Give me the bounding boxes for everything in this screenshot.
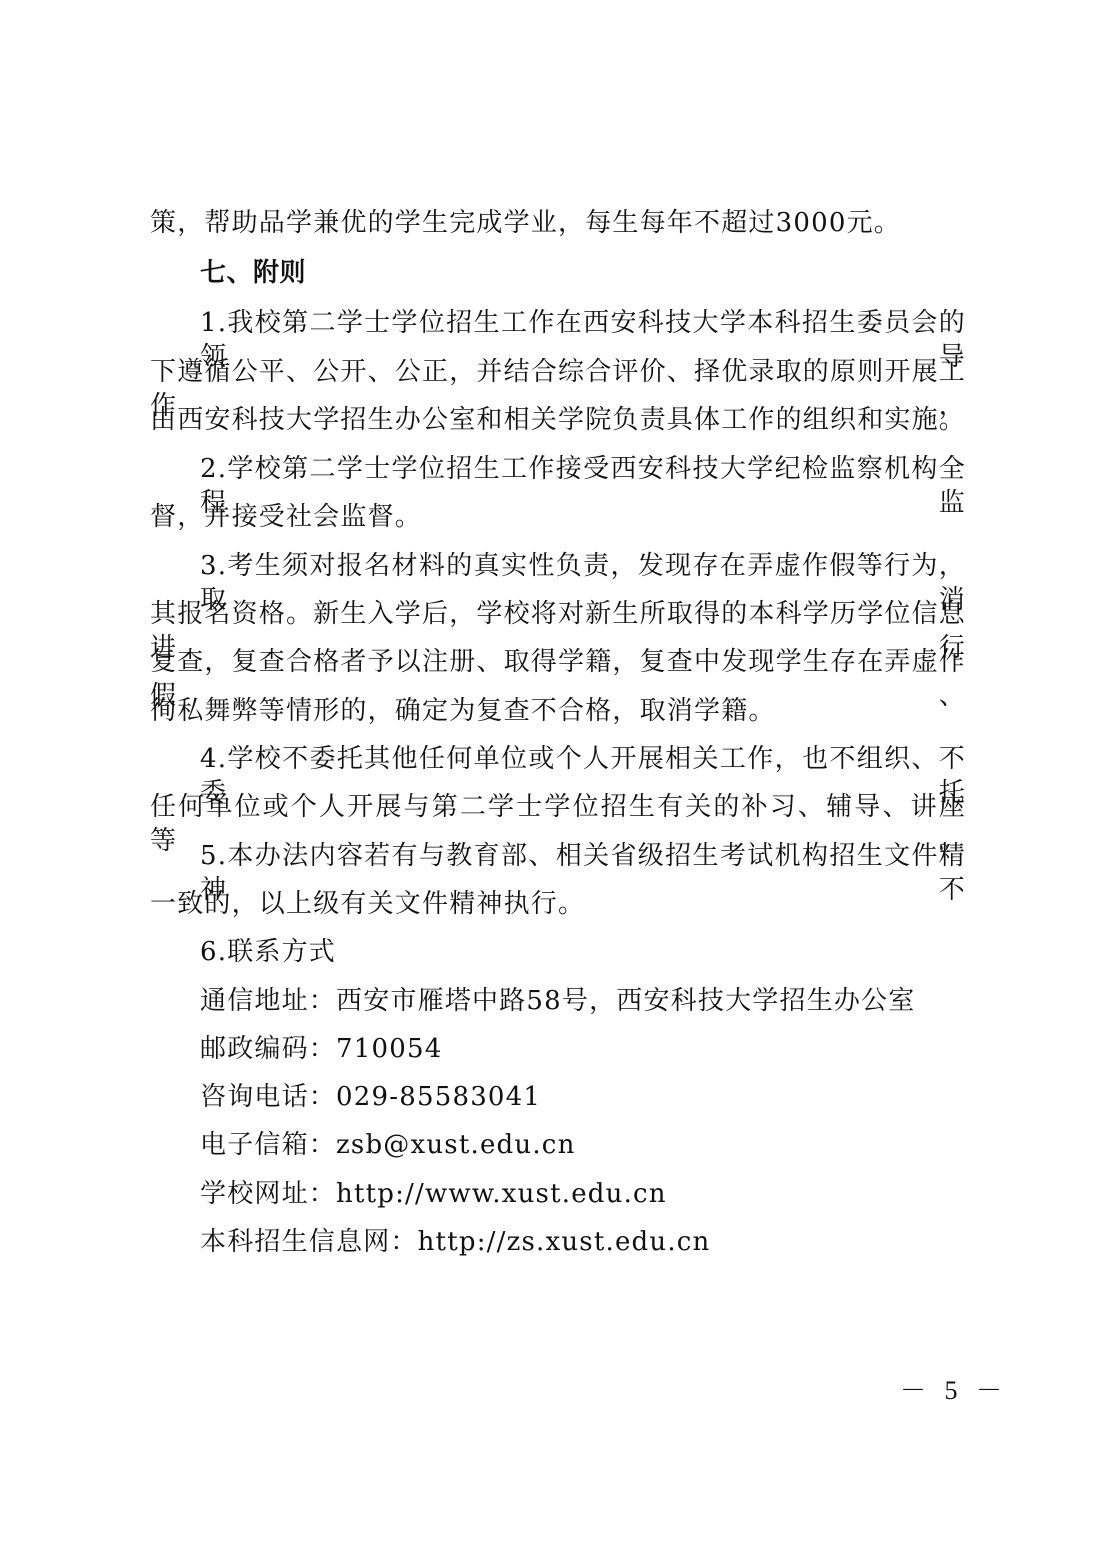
contact-label: 学校网址： <box>200 1179 336 1209</box>
contact-label: 邮政编码： <box>200 1034 336 1064</box>
contact-value[interactable]: http://www.xust.edu.cn <box>336 1179 667 1209</box>
contact-admissions-site: 本科招生信息网：http://zs.xust.edu.cn <box>200 1225 966 1259</box>
contact-value: 029-85583041 <box>336 1082 541 1112</box>
contact-phone: 咨询电话：029-85583041 <box>200 1080 966 1114</box>
section-heading: 七、附则 <box>200 256 966 290</box>
contact-value[interactable]: zsb@xust.edu.cn <box>336 1130 576 1160</box>
contact-title: 6.联系方式 <box>200 935 966 969</box>
contact-label: 咨询电话： <box>200 1082 336 1112</box>
paragraph-line: 策，帮助品学兼优的学生完成学业，每生每年不超过3000元。 <box>150 206 966 240</box>
paragraph-line: 徇私舞弊等情形的，确定为复查不合格，取消学籍。 <box>150 694 966 728</box>
contact-value[interactable]: http://zs.xust.edu.cn <box>418 1227 711 1257</box>
page-number: － 5 － <box>900 1374 1008 1408</box>
paragraph-line: 督，并接受社会监督。 <box>150 500 966 534</box>
contact-address: 通信地址：西安市雁塔中路58号，西安科技大学招生办公室 <box>200 984 966 1018</box>
contact-value: 西安市雁塔中路58号，西安科技大学招生办公室 <box>336 986 916 1016</box>
contact-website: 学校网址：http://www.xust.edu.cn <box>200 1177 966 1211</box>
contact-value: 710054 <box>336 1034 442 1064</box>
contact-email: 电子信箱：zsb@xust.edu.cn <box>200 1128 966 1162</box>
contact-label: 电子信箱： <box>200 1130 336 1160</box>
contact-postcode: 邮政编码：710054 <box>200 1032 966 1066</box>
paragraph-line: 一致的，以上级有关文件精神执行。 <box>150 887 966 921</box>
paragraph-line: 由西安科技大学招生办公室和相关学院负责具体工作的组织和实施。 <box>150 403 966 437</box>
contact-label: 通信地址： <box>200 986 336 1016</box>
contact-label: 本科招生信息网： <box>200 1227 418 1257</box>
